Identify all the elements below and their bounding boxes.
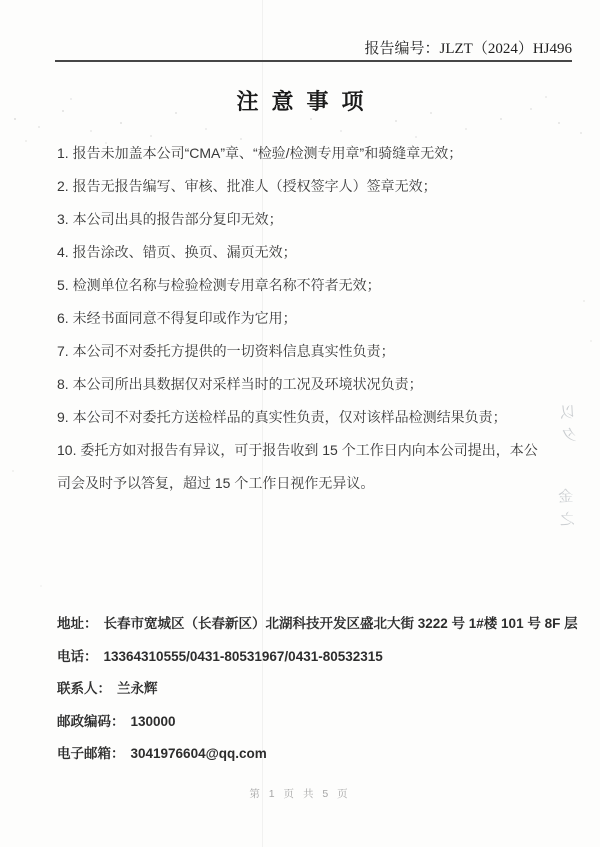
contact-postcode: 邮政编码：130000 xyxy=(57,706,567,739)
notice-item: 1. 报告未加盖本公司“CMA”章、“检验/检测专用章”和骑缝章无效； xyxy=(57,137,551,170)
contact-phone: 电话：13364310555/0431-80531967/0431-805323… xyxy=(57,641,567,674)
contact-value: 兰永辉 xyxy=(117,681,158,696)
contact-person: 联系人：兰永辉 xyxy=(57,673,567,706)
contact-label: 电子邮箱： xyxy=(57,746,125,761)
page-title: 注意事项 xyxy=(0,85,600,116)
notice-list: 1. 报告未加盖本公司“CMA”章、“检验/检测专用章”和骑缝章无效； 2. 报… xyxy=(57,137,551,500)
contact-label: 邮政编码： xyxy=(57,714,125,729)
contact-value: 130000 xyxy=(131,714,176,729)
contact-label: 地址： xyxy=(57,616,98,631)
notice-item: 7. 本公司不对委托方提供的一切资料信息真实性负责； xyxy=(57,335,551,368)
contact-value: 13364310555/0431-80531967/0431-80532315 xyxy=(104,649,383,664)
bleed-through-mark: 以夕 xyxy=(558,403,581,450)
notice-item: 5. 检测单位名称与检验检测专用章名称不符者无效； xyxy=(57,269,551,302)
report-number-value: JLZT（2024）HJ496 xyxy=(440,41,573,57)
notice-item: 6. 未经书面同意不得复印或作为它用； xyxy=(57,302,551,335)
notice-item: 2. 报告无报告编写、审核、批准人（授权签字人）签章无效； xyxy=(57,170,551,203)
notice-item: 3. 本公司出具的报告部分复印无效； xyxy=(57,203,551,236)
contact-label: 电话： xyxy=(57,649,98,664)
report-number: 报告编号：JLZT（2024）HJ496 xyxy=(364,37,572,58)
document-page: 报告编号：JLZT（2024）HJ496 注意事项 1. 报告未加盖本公司“CM… xyxy=(0,0,600,847)
contact-label: 联系人： xyxy=(57,681,111,696)
page-footer: 第 1 页 共 5 页 xyxy=(0,786,600,801)
notice-item: 8. 本公司所出具数据仅对采样当时的工况及环境状况负责； xyxy=(57,368,551,401)
bleed-through-mark: 金之 xyxy=(556,487,579,534)
contact-block: 地址：长春市宽城区（长春新区）北湖科技开发区盛北大街 3222 号 1#楼 10… xyxy=(57,608,567,771)
header-divider xyxy=(55,60,572,62)
report-number-label: 报告编号： xyxy=(364,41,439,57)
contact-value: 3041976604@qq.com xyxy=(131,746,267,761)
scan-noise xyxy=(0,0,2,2)
notice-item: 10. 委托方如对报告有异议，可于报告收到 15 个工作日内向本公司提出，本公司… xyxy=(57,434,551,500)
contact-address: 地址：长春市宽城区（长春新区）北湖科技开发区盛北大街 3222 号 1#楼 10… xyxy=(57,608,567,641)
contact-email: 电子邮箱：3041976604@qq.com xyxy=(57,738,567,771)
contact-value: 长春市宽城区（长春新区）北湖科技开发区盛北大街 3222 号 1#楼 101 号… xyxy=(104,616,578,631)
notice-item: 9. 本公司不对委托方送检样品的真实性负责，仅对该样品检测结果负责； xyxy=(57,401,551,434)
notice-item: 4. 报告涂改、错页、换页、漏页无效； xyxy=(57,236,551,269)
